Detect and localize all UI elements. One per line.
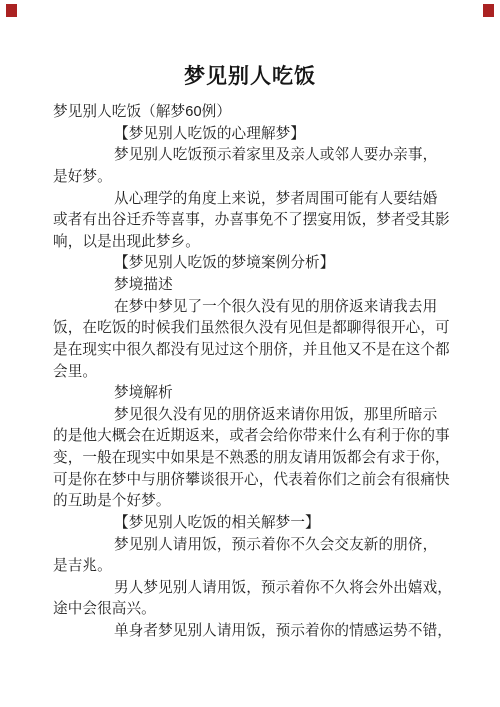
text-line: 变，一般在现实中如果是不熟悉的朋友请用饭都会有求于你， [53,448,453,470]
corner-mark-top-right [483,4,494,17]
text-line: 会里。 [53,362,453,384]
text-line: 梦见很久没有见的朋侪返来请你用饭，那里所暗示 [53,405,453,427]
text-line: 【梦见别人吃饭的心理解梦】 [53,124,453,146]
text-line: 单身者梦见别人请用饭，预示着你的情感运势不错， [53,621,453,643]
page-title: 梦见别人吃饭 [0,64,500,90]
text-line: 可是你在梦中与朋侪攀谈很开心，代表着你们之前会有很痛快 [53,470,453,492]
document-page: 梦见别人吃饭 梦见别人吃饭（解梦60例）【梦见别人吃饭的心理解梦】梦见别人吃饭预… [0,0,500,707]
text-line: 从心理学的角度上来说，梦者周围可能有人要结婚 [53,189,453,211]
text-line: 梦见别人吃饭预示着家里及亲人或邻人要办亲事， [53,145,453,167]
text-line: 饭，在吃饭的时候我们虽然很久没有见但是都聊得很开心，可 [53,318,453,340]
text-line: 是在现实中很久都没有见过这个朋侪，并且他又不是在这个都 [53,340,453,362]
text-line: 梦境解析 [53,383,453,405]
text-line: 是好梦。 [53,167,453,189]
text-line: 或者有出谷迁乔等喜事，办喜事免不了摆宴用饭，梦者受其影 [53,210,453,232]
text-line: 途中会很高兴。 [53,599,453,621]
text-line: 【梦见别人吃饭的相关解梦一】 [53,513,453,535]
text-line: 男人梦见别人请用饭，预示着你不久将会外出嬉戏， [53,578,453,600]
text-line: 的互助是个好梦。 [53,491,453,513]
text-line: 响，以是出现此梦乡。 [53,232,453,254]
document-body: 梦见别人吃饭（解梦60例）【梦见别人吃饭的心理解梦】梦见别人吃饭预示着家里及亲人… [53,102,453,643]
text-line: 在梦中梦见了一个很久没有见的朋侪返来请我去用 [53,297,453,319]
text-line: 梦见别人吃饭（解梦60例） [53,102,453,124]
text-line: 梦见别人请用饭，预示着你不久会交友新的朋侪， [53,535,453,557]
text-line: 梦境描述 [53,275,453,297]
text-line: 是吉兆。 [53,556,453,578]
text-line: 【梦见别人吃饭的梦境案例分析】 [53,253,453,275]
corner-mark-top-left [6,4,17,17]
text-line: 的是他大概会在近期返来，或者会给你带来什么有利于你的事 [53,426,453,448]
